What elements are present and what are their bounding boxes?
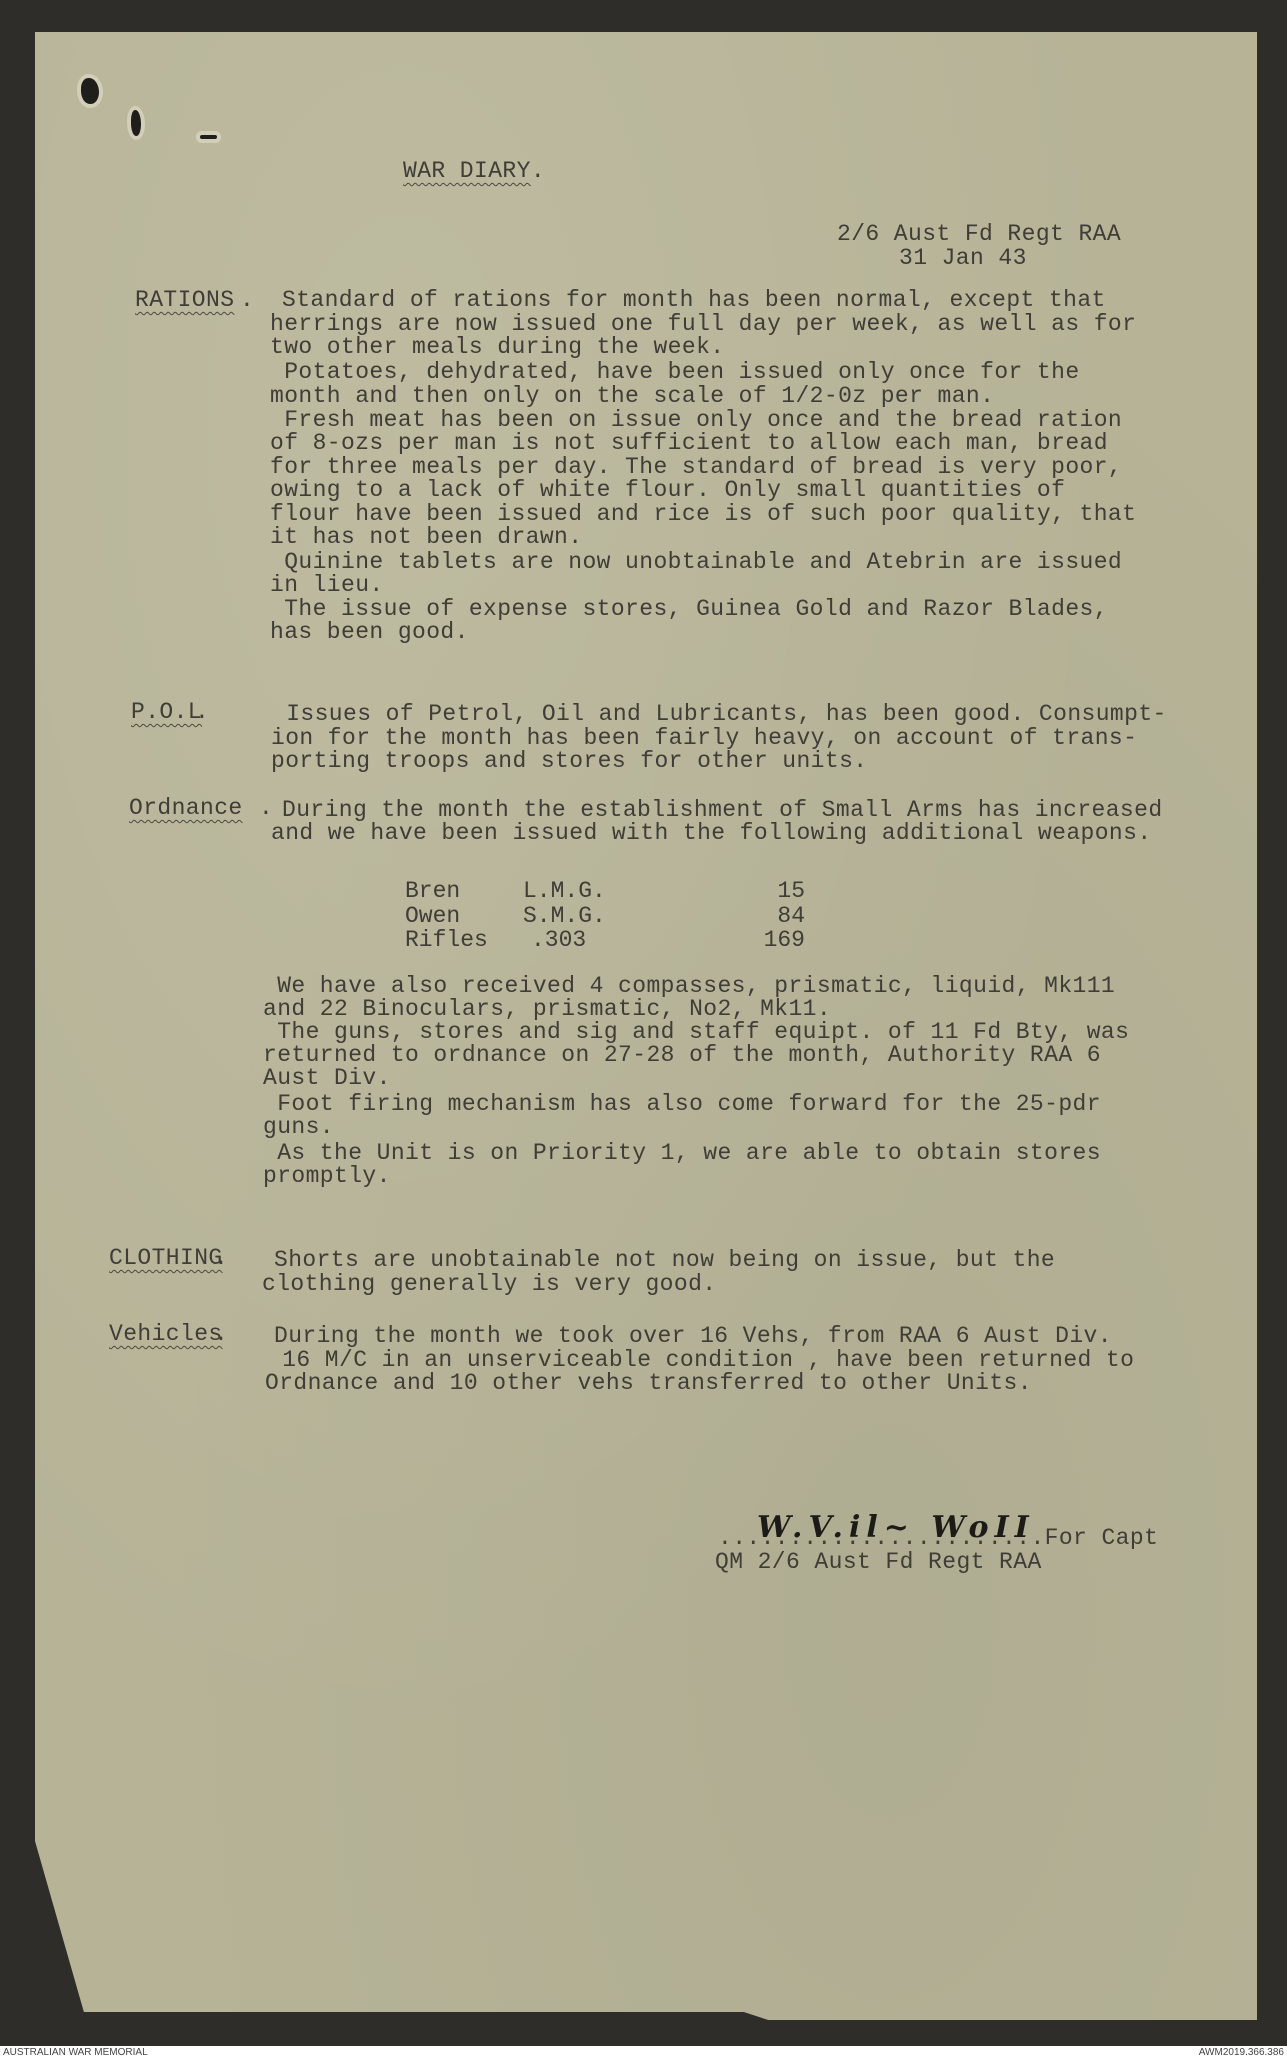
text-line: Issues of Petrol, Oil and Lubricants, ha… (272, 702, 1167, 727)
text-line: it has not been drawn. (270, 525, 582, 550)
text-line: owing to a lack of white flour. Only sma… (270, 478, 1065, 503)
weapon-name: Bren (405, 879, 460, 904)
text-line: month and then only on the scale of 1/2-… (270, 384, 994, 409)
text-line: guns. (263, 1115, 334, 1140)
punch-hole (131, 110, 141, 136)
weapons-table: Bren L.M.G. 15 Owen S.M.G. 84 Rifles .30… (405, 879, 805, 953)
table-row: Bren L.M.G. 15 (405, 879, 805, 904)
section-heading-vehicles: Vehicles (109, 1322, 223, 1347)
weapon-name: Owen (405, 904, 460, 929)
text-line: The issue of expense stores, Guinea Gold… (270, 597, 1108, 622)
text-line: During the month the establishment of Sm… (282, 798, 1163, 823)
heading-period: . (195, 700, 209, 725)
title-text: WAR DIARY (403, 158, 531, 184)
text-line: has been good. (270, 620, 469, 645)
text-line: and 22 Binoculars, prismatic, No2, Mk11. (263, 997, 831, 1022)
text-line: and we have been issued with the followi… (271, 821, 1152, 846)
section-heading-ordnance: Ordnance (129, 796, 243, 821)
weapon-qty: 169 (764, 928, 805, 953)
weapon-qty: 84 (777, 904, 805, 929)
signature-title: QM 2/6 Aust Fd Regt RAA (715, 1550, 1042, 1575)
heading-period: . (214, 1322, 228, 1347)
text-line: Quinine tablets are now unobtainable and… (270, 550, 1122, 575)
footer-accession-number: AWM2019.366.386 (1199, 2047, 1284, 2058)
section-heading-clothing: CLOTHING (109, 1246, 223, 1271)
table-row: Rifles .303 169 (405, 928, 805, 953)
section-heading-pol: P.O.L (131, 700, 202, 725)
archive-footer: AUSTRALIAN WAR MEMORIAL AWM2019.366.386 (0, 2046, 1287, 2061)
document-page: WAR DIARY. 2/6 Aust Fd Regt RAA 31 Jan 4… (35, 32, 1257, 2020)
text-line: Aust Div. (263, 1066, 391, 1091)
table-row: Owen S.M.G. 84 (405, 904, 805, 929)
text-line: During the month we took over 16 Vehs, f… (274, 1324, 1112, 1349)
title-period: . (531, 158, 545, 184)
weapon-type: S.M.G. (523, 904, 606, 929)
text-line: two other meals during the week. (270, 335, 724, 360)
text-line: herrings are now issued one full day per… (270, 312, 1136, 337)
text-line: Ordnance and 10 other vehs transferred t… (265, 1371, 1032, 1396)
punch-hole (200, 135, 217, 139)
unit-name: 2/6 Aust Fd Regt RAA (837, 222, 1121, 247)
text-line: porting troops and stores for other unit… (271, 749, 868, 774)
text-line: 16 M/C in an unserviceable condition , h… (268, 1348, 1134, 1373)
text-line: The guns, stores and sig and staff equip… (263, 1020, 1129, 1045)
text-line: returned to ordnance on 27-28 of the mon… (263, 1043, 1101, 1068)
heading-period: . (240, 288, 254, 313)
section-heading-rations: RATIONS (135, 288, 234, 313)
footer-institution: AUSTRALIAN WAR MEMORIAL (3, 2047, 148, 2058)
weapon-name: Rifles (405, 928, 488, 953)
document-title: WAR DIARY. (403, 159, 545, 184)
text-line: clothing generally is very good. (262, 1272, 716, 1297)
text-line: Potatoes, dehydrated, have been issued o… (270, 360, 1080, 385)
text-line: for three meals per day. The standard of… (270, 455, 1122, 480)
text-line: flour have been issued and rice is of su… (270, 502, 1136, 527)
text-line: Shorts are unobtainable not now being on… (274, 1248, 1055, 1273)
document-date: 31 Jan 43 (899, 246, 1027, 271)
text-line: promptly. (263, 1164, 391, 1189)
punch-hole (81, 78, 99, 104)
text-line: Fresh meat has been on issue only once a… (270, 408, 1122, 433)
text-line: ion for the month has been fairly heavy,… (271, 726, 1137, 751)
text-line: of 8-ozs per man is not sufficient to al… (270, 431, 1108, 456)
heading-period: . (214, 1246, 228, 1271)
weapon-qty: 15 (777, 879, 805, 904)
text-line: Standard of rations for month has been n… (282, 288, 1106, 313)
heading-period: . (259, 796, 273, 821)
text-line: Foot firing mechanism has also come forw… (263, 1092, 1101, 1117)
weapon-type: L.M.G. (523, 879, 606, 904)
text-line: We have also received 4 compasses, prism… (263, 974, 1115, 999)
section-body-rations: Standard of rations for month has been n… (282, 288, 1106, 313)
text-line: As the Unit is on Priority 1, we are abl… (263, 1141, 1101, 1166)
weapon-type: .303 (531, 928, 586, 953)
text-line: in lieu. (270, 573, 384, 598)
handwritten-signature: W.V.il~ WoII (757, 1510, 1035, 1545)
